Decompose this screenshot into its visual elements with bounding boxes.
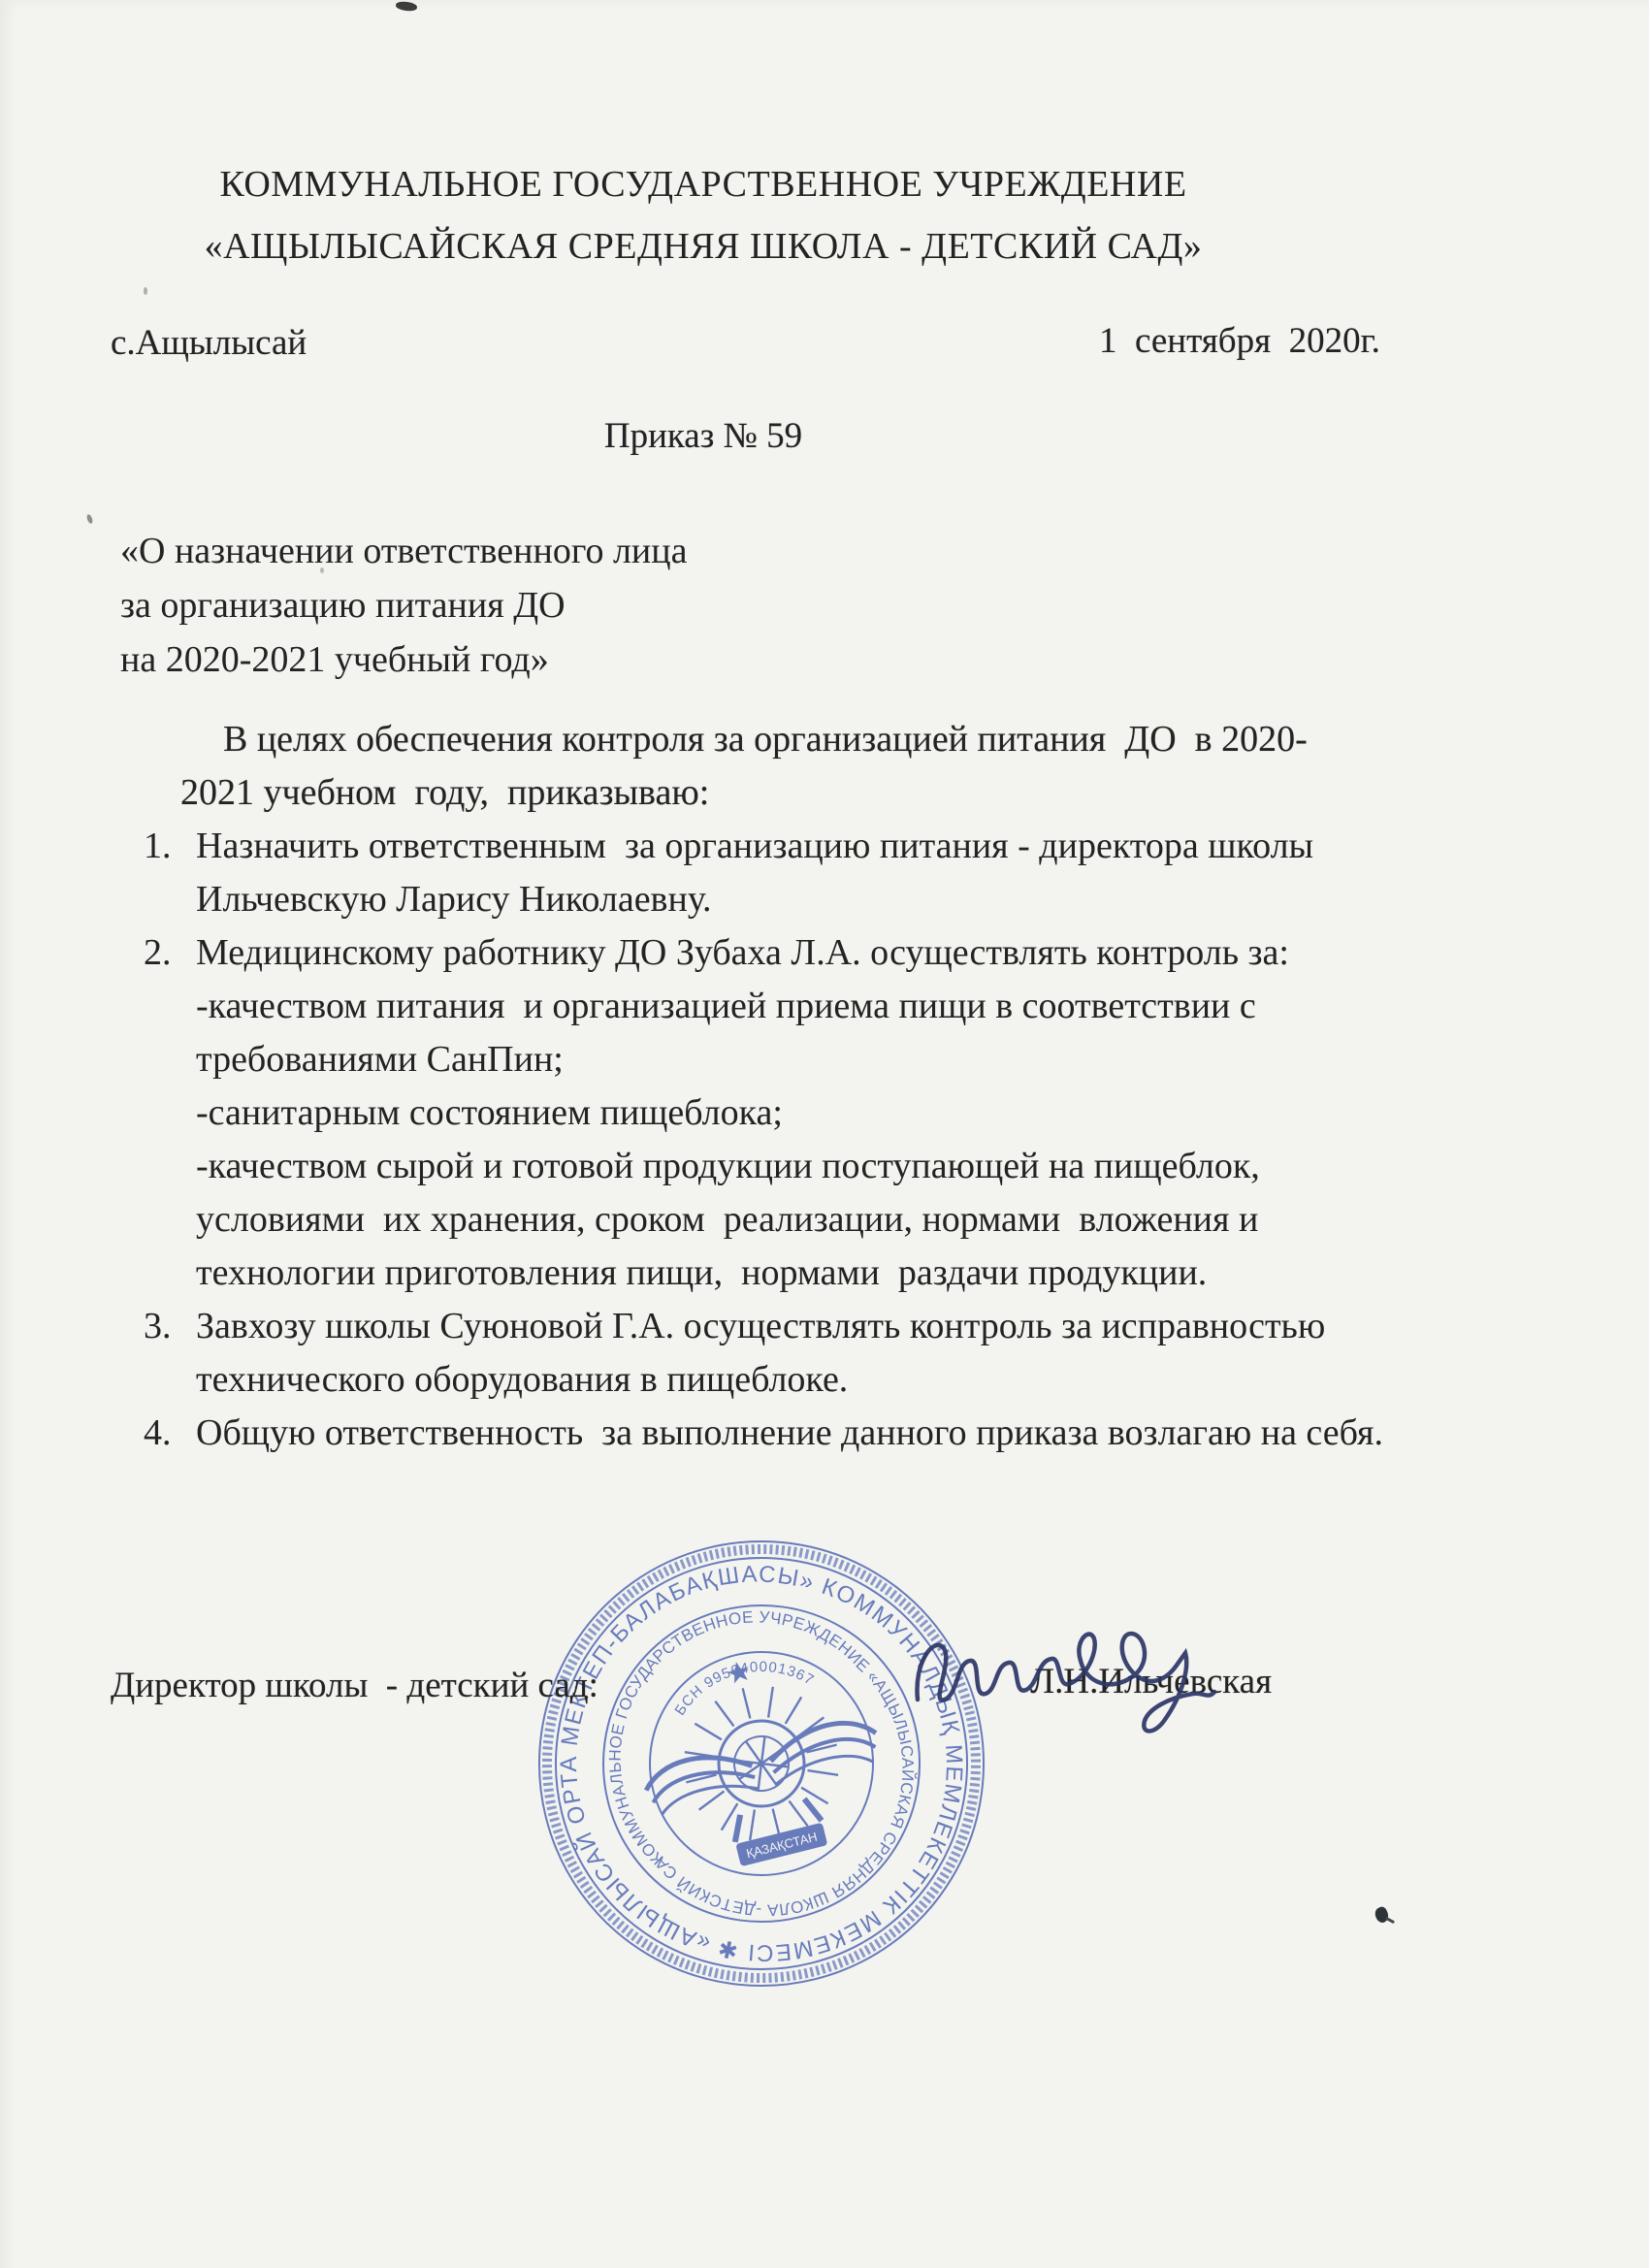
scan-artifact: [396, 1, 418, 13]
item-text: -санитарным состоянием пищеблока;: [196, 1092, 783, 1133]
stamp-bin-text: БСН 995640001367: [664, 1643, 820, 1722]
order-item-line: 4.Общую ответственность за выполнение да…: [196, 1411, 1383, 1465]
scan-artifact: [1385, 1917, 1395, 1924]
item-text: Ильчевскую Ларису Николаевну.: [196, 879, 712, 920]
institution-name-line2: «АЩЫЛЫСАЙСКАЯ СРЕДНЯЯ ШКОЛА - ДЕТСКИЙ СА…: [58, 215, 1348, 277]
order-item-line: Ильчевскую Ларису Николаевну.: [196, 878, 1383, 931]
order-item-line: технического оборудования в пищеблоке.: [196, 1358, 1383, 1411]
scan-artifact: [320, 567, 324, 573]
intro-line: 2021 учебном году, приказываю:: [180, 771, 709, 814]
item-text: технологии приготовления пищи, нормами р…: [196, 1252, 1207, 1293]
scan-artifact: [85, 513, 93, 524]
scan-artifact: [1373, 1905, 1390, 1925]
item-text: условиями их хранения, сроком реализации…: [196, 1199, 1258, 1240]
order-item-line: 1.Назначить ответственным за организацию…: [196, 825, 1383, 878]
signature-scribble: [900, 1603, 1230, 1758]
item-number: 1.: [144, 825, 172, 867]
item-number: 4.: [144, 1411, 172, 1454]
order-item-line: -санитарным состоянием пищеблока;: [196, 1091, 1383, 1145]
item-text: требованиями СанПин;: [196, 1039, 564, 1080]
subject-line: на 2020-2021 учебный год»: [120, 632, 687, 687]
intro-line: В целях обеспечения контроля за организа…: [223, 718, 1308, 761]
subject-line: за организацию питания ДО: [120, 578, 687, 632]
signatory-role: Директор школы - детский сад:: [111, 1665, 598, 1706]
order-item-line: технологии приготовления пищи, нормами р…: [196, 1251, 1383, 1305]
order-item-line: 3.Завхозу школы Суюновой Г.А. осуществля…: [196, 1305, 1383, 1358]
item-text: Медицинскому работнику ДО Зубаха Л.А. ос…: [196, 932, 1289, 973]
item-text: Назначить ответственным за организацию п…: [196, 826, 1313, 866]
document-page: КОММУНАЛЬНОЕ ГОСУДАРСТВЕННОЕ УЧРЕЖДЕНИЕ …: [0, 0, 1649, 2268]
order-items-list: 1.Назначить ответственным за организацию…: [196, 825, 1383, 1465]
order-number-title: Приказ № 59: [58, 415, 1348, 457]
item-number: 3.: [144, 1305, 172, 1347]
order-subject: «О назначении ответственного лица за орг…: [120, 524, 687, 687]
item-text: -качеством сырой и готовой продукции пос…: [196, 1146, 1260, 1186]
item-number: 2.: [144, 931, 172, 974]
order-item-line: требованиями СанПин;: [196, 1038, 1383, 1091]
subject-line: «О назначении ответственного лица: [120, 524, 687, 578]
order-item-line: -качеством питания и организацией приема…: [196, 985, 1383, 1038]
stamp-body: «АЩЫЛЫСАЙ ОРТА МЕКТЕП-БАЛАБАҚШАСЫ» КОММУ…: [529, 1531, 994, 1996]
item-text: технического оборудования в пищеблоке.: [196, 1359, 848, 1400]
institution-name-line1: КОММУНАЛЬНОЕ ГОСУДАРСТВЕННОЕ УЧРЕЖДЕНИЕ: [58, 153, 1348, 215]
order-item-line: условиями их хранения, сроком реализации…: [196, 1198, 1383, 1251]
item-text: -качеством питания и организацией приема…: [196, 986, 1256, 1026]
place-name: с.Ащылысай: [111, 322, 307, 364]
official-stamp: «АЩЫЛЫСАЙ ОРТА МЕКТЕП-БАЛАБАҚШАСЫ» КОММУ…: [529, 1531, 994, 1996]
institution-name: КОММУНАЛЬНОЕ ГОСУДАРСТВЕННОЕ УЧРЕЖДЕНИЕ …: [58, 153, 1348, 277]
scan-artifact: [144, 287, 147, 295]
order-item-line: 2.Медицинскому работнику ДО Зубаха Л.А. …: [196, 931, 1383, 985]
order-item-line: -качеством сырой и готовой продукции пос…: [196, 1145, 1383, 1198]
emblem-wing-right: [765, 1714, 882, 1786]
item-text: Общую ответственность за выполнение данн…: [196, 1412, 1383, 1453]
item-text: Завхозу школы Суюновой Г.А. осуществлять…: [196, 1306, 1325, 1346]
order-date: 1 сентября 2020г.: [1099, 320, 1380, 362]
